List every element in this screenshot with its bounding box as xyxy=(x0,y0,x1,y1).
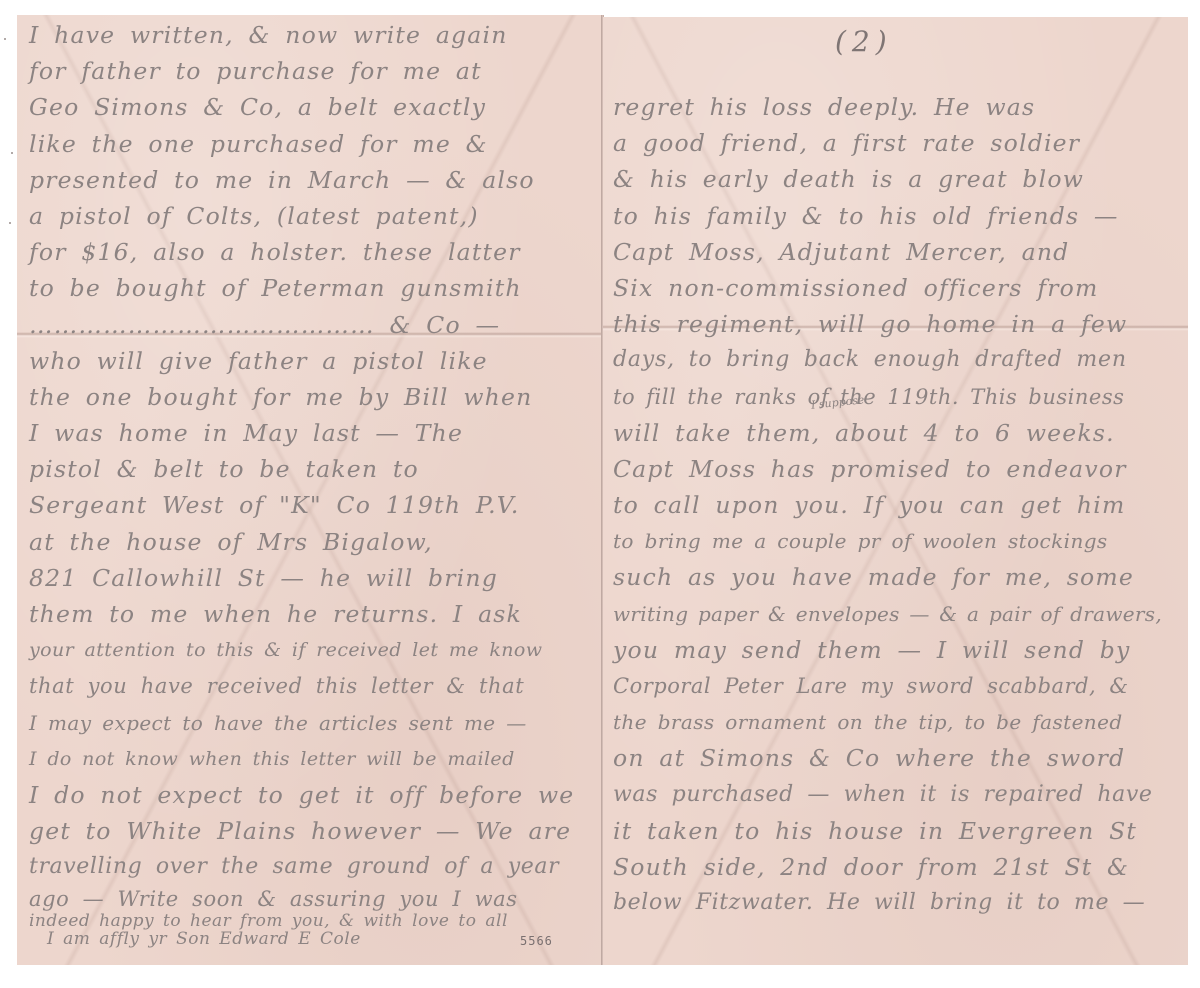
paper-speck xyxy=(11,152,13,154)
handwritten-line: Sergeant West of "K" Co 119th P.V. xyxy=(29,487,594,523)
handwritten-line: for father to purchase for me at xyxy=(29,53,594,89)
handwritten-line: at the house of Mrs Bigalow, xyxy=(29,524,594,560)
handwritten-line: Capt Moss has promised to endeavor xyxy=(613,451,1180,487)
handwritten-line: your attention to this & if received let… xyxy=(29,632,594,668)
handwritten-closing-line: indeed happy to hear from you, & with lo… xyxy=(29,912,594,930)
paper-speck xyxy=(9,222,11,224)
catalog-number-mark: 5566 xyxy=(520,934,553,948)
handwritten-line: you may send them — I will send by xyxy=(613,632,1180,668)
handwritten-line: get to White Plains however — We are xyxy=(29,813,594,849)
handwritten-line: days, to bring back enough drafted men xyxy=(613,342,1180,378)
handwritten-line: I was home in May last — The xyxy=(29,415,594,451)
handwritten-line: I have written, & now write again xyxy=(29,17,594,53)
handwritten-line: it taken to his house in Evergreen St xyxy=(613,813,1180,849)
handwritten-line: the one bought for me by Bill when xyxy=(29,379,594,415)
handwritten-line: a good friend, a first rate soldier xyxy=(613,125,1180,161)
page-number: (2) xyxy=(835,25,893,58)
handwritten-line: I may expect to have the articles sent m… xyxy=(29,705,594,741)
letter-page-right: (2) I suppose regret his loss deeply. He… xyxy=(603,17,1188,965)
handwritten-line: Six non-commissioned officers from xyxy=(613,270,1180,306)
handwritten-line: below Fitzwater. He will bring it to me … xyxy=(613,885,1180,921)
handwritten-text-block-right: regret his loss deeply. He was a good fr… xyxy=(613,89,1180,921)
handwritten-line: Capt Moss, Adjutant Mercer, and xyxy=(613,234,1180,270)
handwritten-line: & his early death is a great blow xyxy=(613,161,1180,197)
letter-page-left: I have written, & now write again for fa… xyxy=(17,15,602,965)
handwritten-line: Geo Simons & Co, a belt exactly xyxy=(29,89,594,125)
handwritten-line: 821 Callowhill St — he will bring xyxy=(29,560,594,596)
handwritten-line: them to me when he returns. I ask xyxy=(29,596,594,632)
handwritten-line: to his family & to his old friends — xyxy=(613,198,1180,234)
handwritten-closing-line: ago — Write soon & assuring you I was xyxy=(29,886,594,912)
handwritten-line: on at Simons & Co where the sword xyxy=(613,740,1180,776)
handwritten-line: who will give father a pistol like xyxy=(29,343,594,379)
handwritten-line: to bring me a couple pr of woolen stocki… xyxy=(613,523,1180,559)
handwritten-line: was purchased — when it is repaired have xyxy=(613,777,1180,813)
handwritten-line: South side, 2nd door from 21st St & xyxy=(613,849,1180,885)
handwritten-line: to call upon you. If you can get him xyxy=(613,487,1180,523)
handwritten-line: to be bought of Peterman gunsmith xyxy=(29,270,594,306)
handwritten-line: such as you have made for me, some xyxy=(613,559,1180,595)
handwritten-line: this regiment, will go home in a few xyxy=(613,306,1180,342)
handwritten-line: a pistol of Colts, (latest patent,) xyxy=(29,198,594,234)
handwritten-line: to fill the ranks of the 119th. This bus… xyxy=(613,379,1180,415)
handwritten-line: regret his loss deeply. He was xyxy=(613,89,1180,125)
handwritten-line: travelling over the same ground of a yea… xyxy=(29,849,594,885)
handwritten-line: the brass ornament on the tip, to be fas… xyxy=(613,704,1180,740)
handwritten-line: Corporal Peter Lare my sword scabbard, & xyxy=(613,668,1180,704)
handwritten-line: like the one purchased for me & xyxy=(29,126,594,162)
handwritten-line: writing paper & envelopes — & a pair of … xyxy=(613,596,1180,632)
handwritten-text-block-left: I have written, & now write again for fa… xyxy=(29,17,594,948)
handwritten-line: presented to me in March — & also xyxy=(29,162,594,198)
handwritten-line: that you have received this letter & tha… xyxy=(29,668,594,704)
handwritten-line: for $16, also a holster. these latter xyxy=(29,234,594,270)
letter-scan: I have written, & now write again for fa… xyxy=(0,0,1200,988)
signature-line: I am affly yr Son Edward E Cole xyxy=(29,930,594,948)
handwritten-line: will take them, about 4 to 6 weeks. xyxy=(613,415,1180,451)
handwritten-line: pistol & belt to be taken to xyxy=(29,451,594,487)
handwritten-line: …………………………………… & Co — xyxy=(29,307,594,343)
handwritten-line: I do not expect to get it off before we xyxy=(29,777,594,813)
paper-speck xyxy=(4,38,6,40)
handwritten-line: I do not know when this letter will be m… xyxy=(29,741,594,777)
